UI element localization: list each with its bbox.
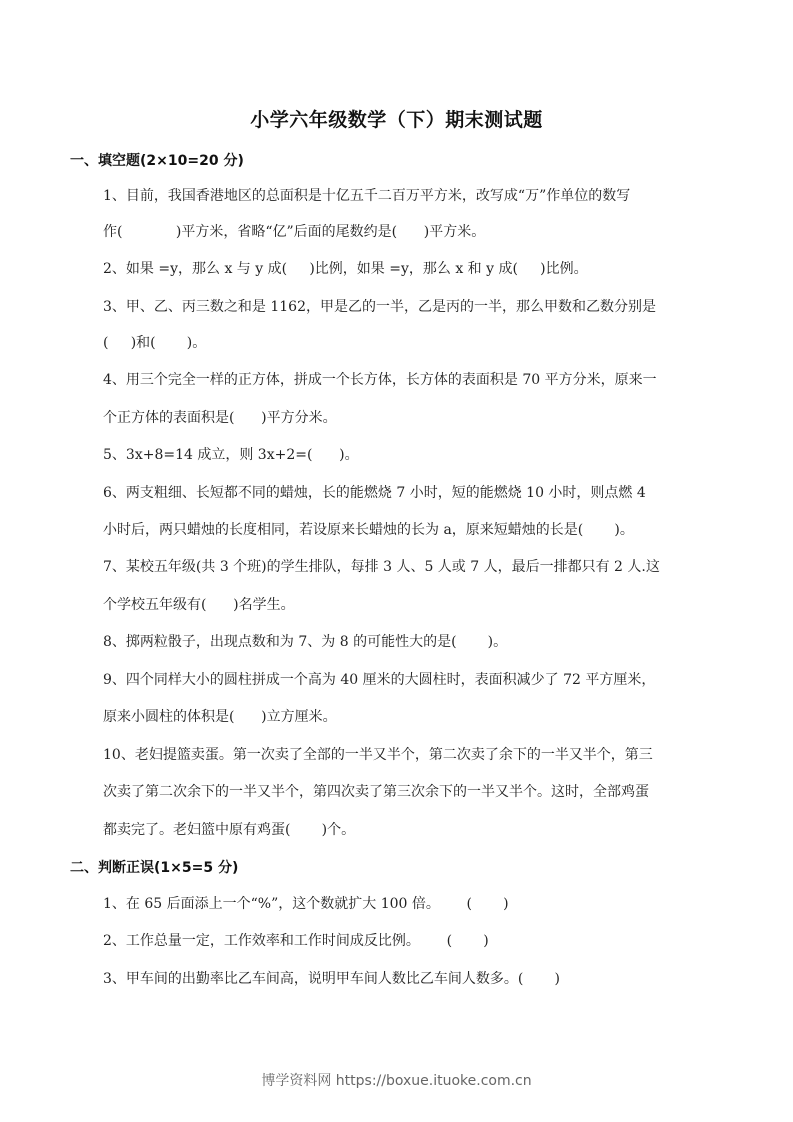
question-line: 9、四个同样大小的圆柱拼成一个高为 40 厘米的大圆柱时，表面积减少了 72 平…: [103, 671, 655, 689]
question-line: 个正方体的表面积是( )平方分米。: [103, 409, 337, 427]
section-heading-fill-blank: 一、填空题(2×10=20 分): [70, 150, 244, 170]
watermark-footer: 博学资料网 https://boxue.ituoke.com.cn: [0, 1070, 793, 1090]
question-line: 次卖了第二次余下的一半又半个，第四次卖了第三次余下的一半又半个。这时，全部鸡蛋: [103, 783, 649, 801]
question-line: 8、掷两粒骰子，出现点数和为 7、为 8 的可能性大的是( )。: [103, 633, 507, 651]
question-line: 3、甲、乙、丙三数之和是 1162，甲是乙的一半，乙是丙的一半，那么甲数和乙数分…: [103, 298, 656, 316]
question-line: 小时后，两只蜡烛的长度相同，若设原来长蜡烛的长为 a，原来短蜡烛的长是( )。: [103, 521, 634, 539]
question-line: 10、老妇提篮卖蛋。第一次卖了全部的一半又半个，第二次卖了余下的一半又半个，第三: [103, 746, 653, 764]
question-line: 5、3x+8=14 成立，则 3x+2=( )。: [103, 446, 359, 464]
exam-page: 小学六年级数学（下）期末测试题 一、填空题(2×10=20 分) 1、目前，我国…: [0, 0, 793, 1122]
question-line: 7、某校五年级(共 3 个班)的学生排队，每排 3 人、5 人或 7 人，最后一…: [103, 558, 660, 576]
question-line: 1、目前，我国香港地区的总面积是十亿五千二百万平方米，改写成“万”作单位的数写: [103, 187, 630, 205]
question-line: 都卖完了。老妇篮中原有鸡蛋( )个。: [103, 821, 355, 839]
question-line: 6、两支粗细、长短都不同的蜡烛，长的能燃烧 7 小时，短的能燃烧 10 小时，则…: [103, 484, 646, 502]
question-line: 作( )平方米，省略“亿”后面的尾数约是( )平方米。: [103, 223, 485, 241]
question-line: 1、在 65 后面添上一个“%”，这个数就扩大 100 倍。 ( ): [103, 895, 509, 913]
page-title: 小学六年级数学（下）期末测试题: [0, 105, 793, 132]
question-line: 个学校五年级有( )名学生。: [103, 596, 295, 614]
question-line: ( )和( )。: [103, 334, 206, 352]
question-line: 3、甲车间的出勤率比乙车间高，说明甲车间人数比乙车间人数多。( ): [103, 970, 560, 988]
question-line: 4、用三个完全一样的正方体，拼成一个长方体，长方体的表面积是 70 平方分米，原…: [103, 371, 657, 389]
question-line: 2、工作总量一定，工作效率和工作时间成反比例。 ( ): [103, 932, 489, 950]
question-line: 2、如果 =y，那么 x 与 y 成( )比例，如果 =y，那么 x 和 y 成…: [103, 260, 588, 278]
question-line: 原来小圆柱的体积是( )立方厘米。: [103, 708, 337, 726]
section-heading-true-false: 二、判断正误(1×5=5 分): [70, 857, 238, 877]
